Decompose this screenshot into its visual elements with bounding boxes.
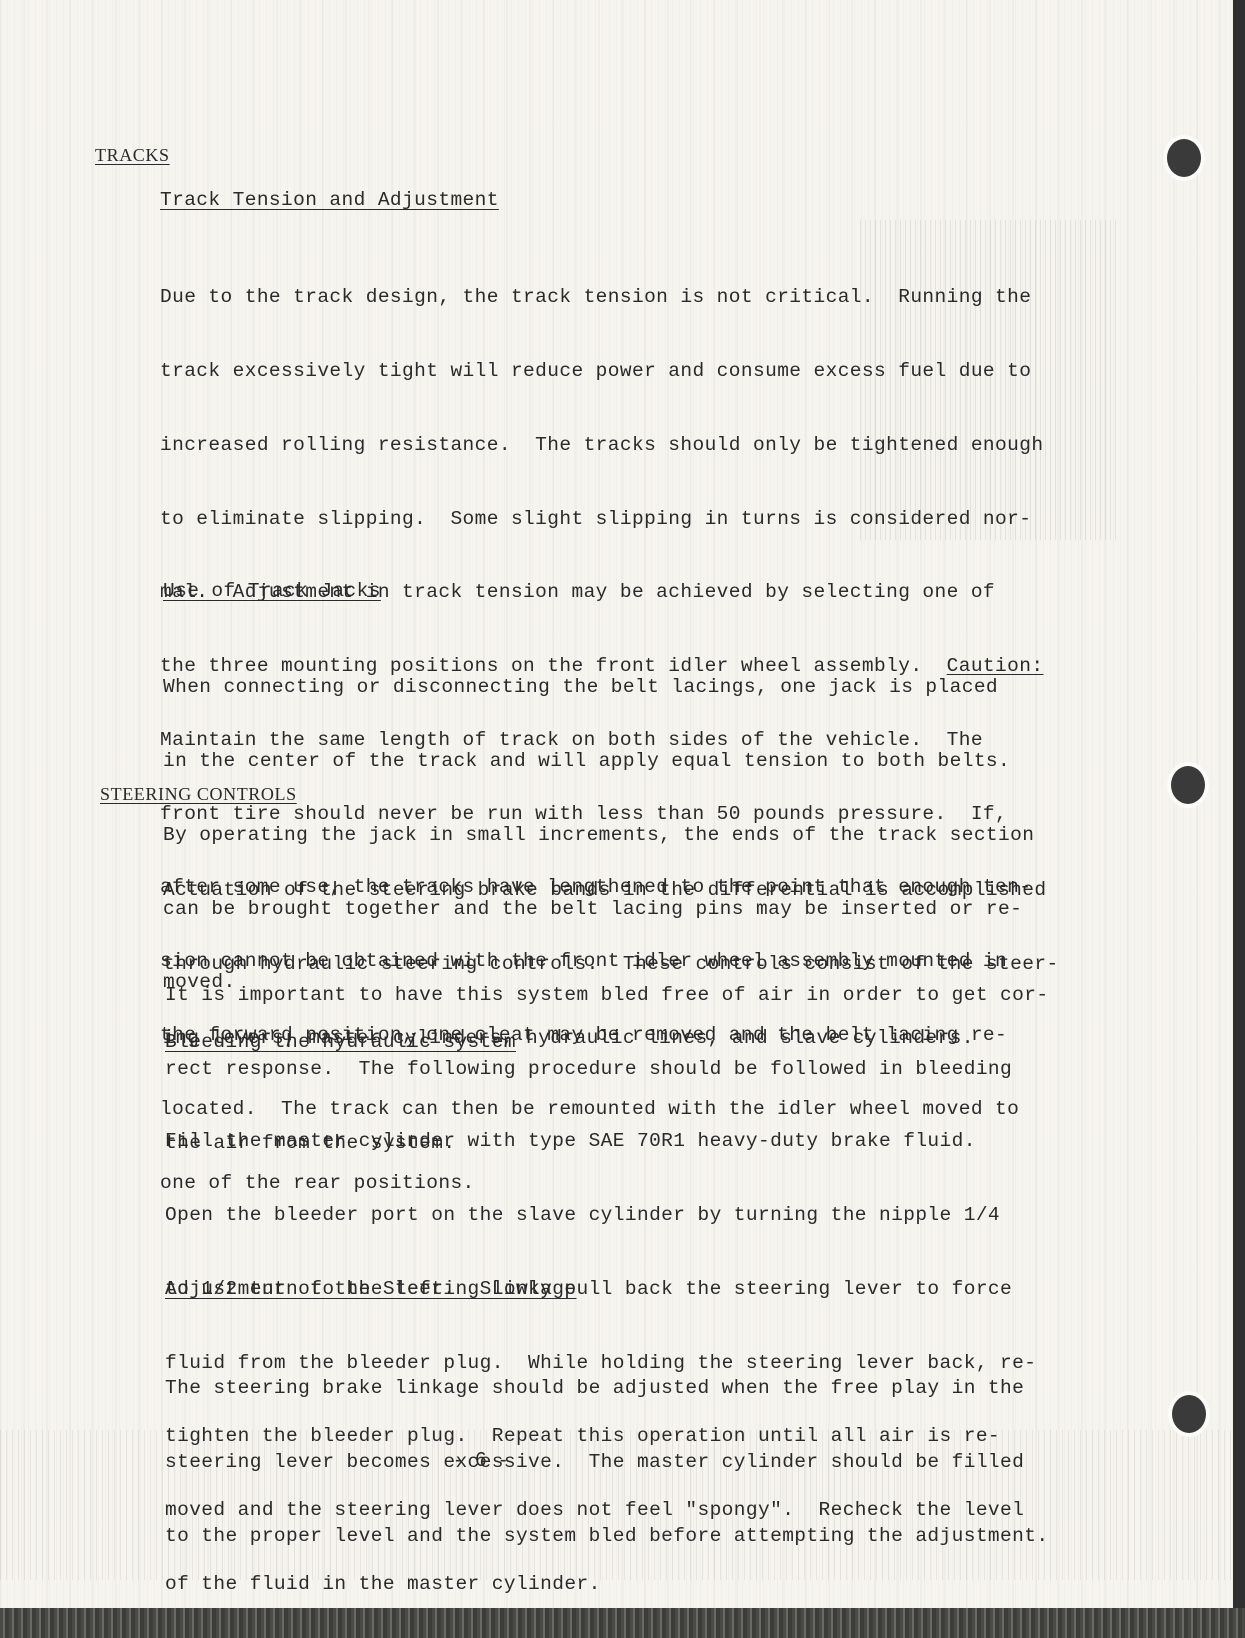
page-number: - 6 - (455, 1449, 511, 1472)
subsection-title-track-tension: Track Tension and Adjustment (160, 189, 499, 211)
punch-hole-icon (1167, 139, 1201, 177)
section-heading-tracks: TRACKS (95, 145, 170, 166)
subsection-title-track-jacks: Use of Track Jacks (163, 580, 381, 602)
punch-hole-icon (1171, 766, 1205, 804)
subsection-title-bleeding: Bleeding the hydraulic system (165, 1031, 516, 1053)
punch-hole-icon (1172, 1395, 1206, 1433)
subsection-title-steering-linkage: Adjustment of the Steering Linkage (165, 1278, 576, 1300)
paragraph-steering-linkage: The steering brake linkage should be adj… (165, 1327, 1048, 1598)
section-heading-steering-controls: STEERING CONTROLS (100, 784, 297, 805)
scan-edge-right (1233, 0, 1245, 1638)
